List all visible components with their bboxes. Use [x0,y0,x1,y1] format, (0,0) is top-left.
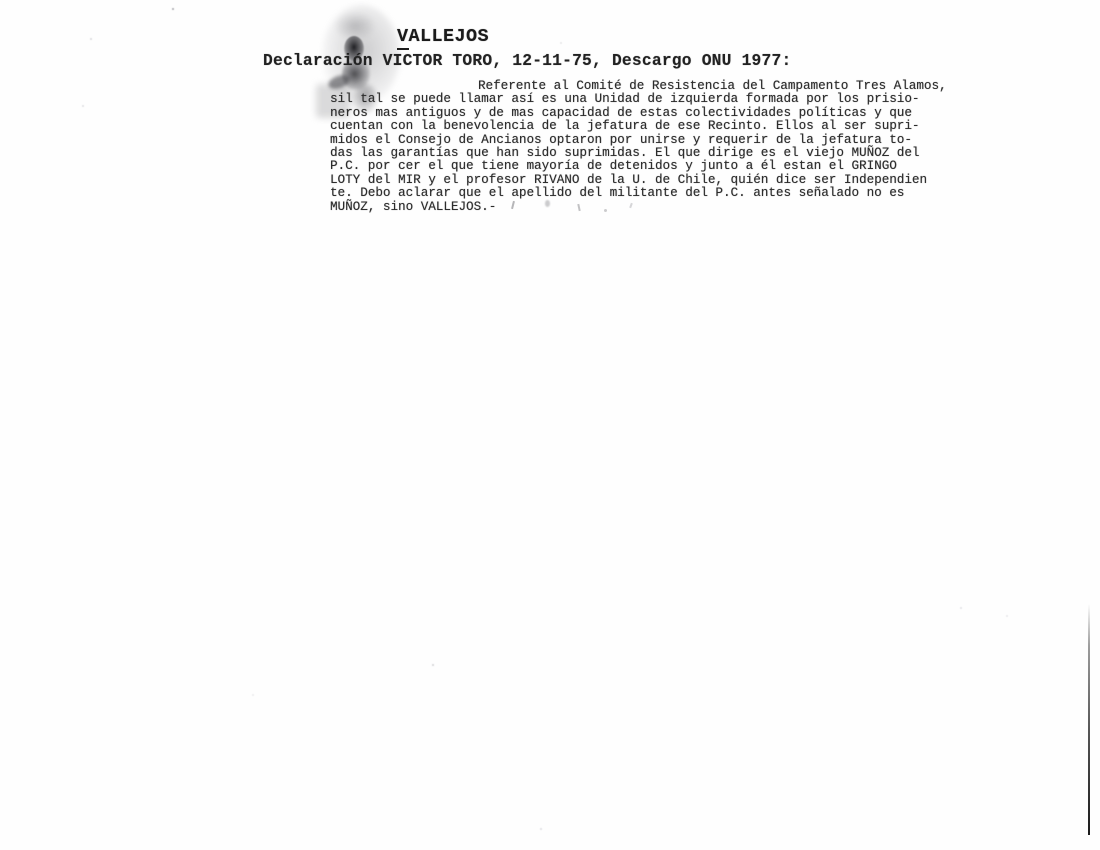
scanned-document-page: VALLEJOS Declaración VICTOR TORO, 12-11-… [0,0,1100,850]
body-line: cuentan con la benevolencia de la jefatu… [330,120,945,133]
scan-speckles [0,0,2,2]
body-line: sil tal se puede llamar así es una Unida… [330,93,945,106]
body-line: MUÑOZ, sino VALLEJOS.- [330,201,945,214]
ink-stain-upper [335,12,375,40]
title-underlined-initial: V [397,26,409,50]
body-line: P.C. por cer el que tiene mayoría de det… [330,160,945,173]
body-line: te. Debo aclarar que el apellido del mil… [330,187,945,200]
document-subtitle: Declaración VICTOR TORO, 12-11-75, Desca… [263,51,791,70]
stray-mark [604,209,607,212]
document-body: Referente al Comité de Resistencia del C… [330,80,945,214]
title-rest: ALLEJOS [409,26,490,47]
stray-mark [545,200,550,207]
scan-edge-line [1088,604,1090,835]
document-title: VALLEJOS [397,27,489,47]
